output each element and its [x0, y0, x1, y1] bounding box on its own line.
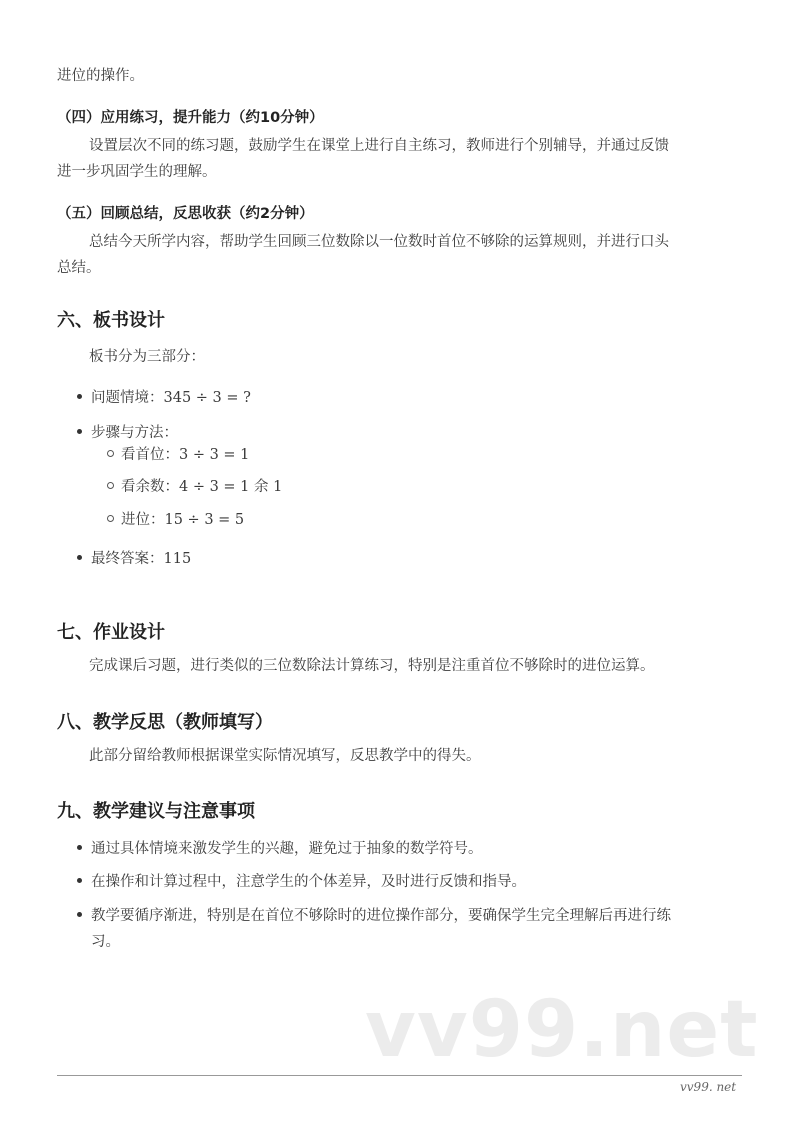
board-step-1: 看首位：3 ÷ 3 = 1	[107, 443, 249, 464]
footer-divider	[57, 1075, 742, 1076]
advice-item-1: 通过具体情境来激发学生的兴趣，避免过于抽象的数学符号。	[77, 837, 483, 858]
reflection-text: 此部分留给教师根据课堂实际情况填写，反思教学中的得失。	[89, 742, 481, 770]
board-item-1: 问题情境：345 ÷ 3 = ?	[77, 386, 251, 407]
bullet-icon	[77, 429, 82, 434]
homework-text: 完成课后习题，进行类似的三位数除法计算练习，特别是注重首位不够除时的进位运算。	[89, 652, 655, 680]
watermark: vv99.net	[365, 985, 759, 1075]
bullet-icon	[77, 878, 82, 883]
bullet-icon	[77, 394, 82, 399]
board-step-2: 看余数：4 ÷ 3 = 1 余 1	[107, 475, 282, 496]
section-4-line-1: 设置层次不同的练习题，鼓励学生在课堂上进行自主练习，教师进行个别辅导，并通过反馈	[89, 132, 669, 160]
continuation-text: 进位的操作。	[57, 62, 144, 90]
board-item-2: 步骤与方法：	[77, 421, 178, 442]
board-item-3: 最终答案：115	[77, 547, 191, 568]
bullet-icon	[77, 845, 82, 850]
board-step-3: 进位：15 ÷ 3 = 5	[107, 508, 244, 529]
circle-bullet-icon	[107, 482, 114, 489]
advice-item-2: 在操作和计算过程中，注意学生的个体差异，及时进行反馈和指导。	[77, 870, 526, 891]
bullet-icon	[77, 555, 82, 560]
advice-item-3-cont: 习。	[91, 930, 120, 951]
section-5-line-2: 总结。	[57, 254, 101, 282]
board-intro: 板书分为三部分：	[89, 343, 205, 371]
section-5-line-1: 总结今天所学内容，帮助学生回顾三位数除以一位数时首位不够除的运算规则，并进行口头	[89, 228, 669, 256]
section-4-line-2: 进一步巩固学生的理解。	[57, 158, 217, 186]
section-5-heading: （五）回顾总结，反思收获（约2分钟）	[57, 202, 314, 223]
footer-site: vv99. net	[680, 1080, 736, 1094]
bullet-icon	[77, 912, 82, 917]
reflection-heading: 八、教学反思（教师填写）	[57, 708, 273, 734]
homework-heading: 七、作业设计	[57, 618, 165, 644]
board-design-heading: 六、板书设计	[57, 306, 165, 332]
circle-bullet-icon	[107, 450, 114, 457]
section-4-heading: （四）应用练习，提升能力（约10分钟）	[57, 106, 324, 127]
circle-bullet-icon	[107, 515, 114, 522]
advice-item-3: 教学要循序渐进，特别是在首位不够除时的进位操作部分，要确保学生完全理解后再进行练	[77, 904, 671, 925]
advice-heading: 九、教学建议与注意事项	[57, 797, 255, 823]
